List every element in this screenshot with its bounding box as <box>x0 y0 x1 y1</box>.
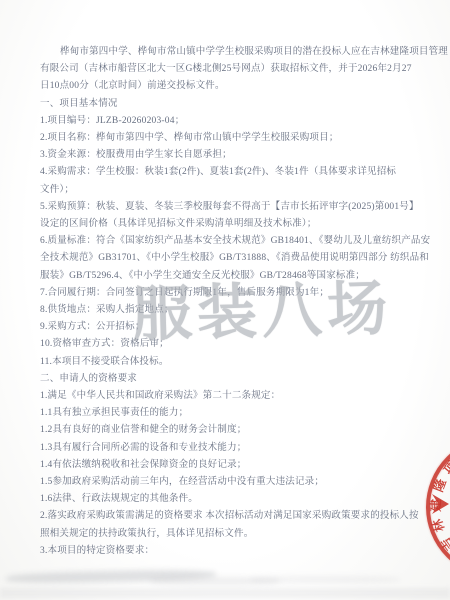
document-line: 2.落实政府采购政策需满足的资格要求 本次招标活动对满足国家采购政策要求的投标人… <box>40 508 422 525</box>
document-line: 全技术规范》GB31701、《中小学生校服》GB/T31888、《消费品使用说明… <box>40 250 422 267</box>
document-line: 二、申请人的资格要求 <box>40 371 422 388</box>
photo-shadow-smudge <box>250 576 400 583</box>
seal-ring <box>426 436 450 578</box>
document-line: 1.6法律、行政法规规定的其他条件。 <box>40 491 422 508</box>
document-line: 10.资格审查方式：资格后审； <box>40 336 422 353</box>
document-line: 文件）； <box>40 182 422 199</box>
paper-bottom-edge-shadow <box>0 588 450 598</box>
seal-ring-char: 项 <box>438 456 450 477</box>
document-line: 3.本项目的特定资格要求： <box>40 543 422 560</box>
document-line: 1.4有依法缴纳税收和社会保障资金的良好记录； <box>40 457 422 474</box>
company-seal-stamp: 吉林建隆项 <box>426 436 450 578</box>
document-line: 3.资金来源：校服费用由学生家长自愿承担； <box>40 147 422 164</box>
document-line: 4.采购需求：学生校服：秋装1套(2件)、夏装1套(2件)、冬装1件（具体要求详… <box>40 164 422 181</box>
document-line: 8.供货地点：采购人指定地点； <box>40 302 422 319</box>
document-line: 6.质量标准：符合《国家纺织产品基本安全技术规范》GB18401、《婴幼儿及儿童… <box>40 233 422 250</box>
document-line: 桦甸市第四中学、桦甸市常山镇中学学生校服采购项目的潜在投标人应在吉林建隆项目管理 <box>40 44 422 61</box>
seal-ring-char: 吉 <box>436 534 450 555</box>
document-body: 桦甸市第四中学、桦甸市常山镇中学学生校服采购项目的潜在投标人应在吉林建隆项目管理… <box>40 44 422 560</box>
document-line: 1.5参加政府采购活动前三年内，在经营活动中没有重大违法记录； <box>40 474 422 491</box>
document-line: 1.2具有良好的商业信誉和健全的财务会计制度； <box>40 422 422 439</box>
document-line: 11.本项目不接受联合体投标。 <box>40 354 422 371</box>
document-line: 1.1具有独立承担民事责任的能力； <box>40 405 422 422</box>
document-line: 5.采购预算：秋装、夏装、冬装三季校服每套不得高于【吉市长拓评审字(2025)第… <box>40 199 422 216</box>
scanned-document-page: 桦甸市第四中学、桦甸市常山镇中学学生校服采购项目的潜在投标人应在吉林建隆项目管理… <box>0 0 450 600</box>
document-line: 7.合同履行期：合同签订之日起执行期限1年，售后服务期限为1年； <box>40 285 422 302</box>
document-line: 有限公司（吉林市船营区北大一区G楼北侧25号网点）获取招标文件，并于2026年2… <box>40 61 422 78</box>
document-line: 1.3具有履行合同所必需的设备和专业技术能力； <box>40 440 422 457</box>
document-line: 日10点00分（北京时间）前递交投标文件。 <box>40 78 422 95</box>
document-line: 1.满足《中华人民共和国政府采购法》第二十二条规定： <box>40 388 422 405</box>
photo-shadow-smudge <box>150 577 280 585</box>
document-line: 照相关规定的扶持政策执行，具体详见招标文件。 <box>40 526 422 543</box>
seal-ring-char: 林 <box>427 516 446 535</box>
seal-star-point-icon <box>432 494 449 514</box>
photo-shadow-smudge <box>6 569 216 584</box>
seal-ring-char: 建 <box>426 497 442 513</box>
document-line: 2.项目名称：桦甸市第四中学、桦甸市常山镇中学学生校服采购项目； <box>40 130 422 147</box>
document-line: 一、项目基本情况 <box>40 96 422 113</box>
seal-ring-char: 隆 <box>428 475 447 494</box>
document-line: 9.采购方式：公开招标； <box>40 319 422 336</box>
document-line: 1.项目编号：JLZB-20260203-04； <box>40 113 422 130</box>
document-line: 服装》GB/T5296.4、《中小学生交通安全反光校服》GB/T28468等国家… <box>40 268 422 285</box>
document-line: 设定的区间价格（具体详见招标文件采购清单明细及技术标准）； <box>40 216 422 233</box>
